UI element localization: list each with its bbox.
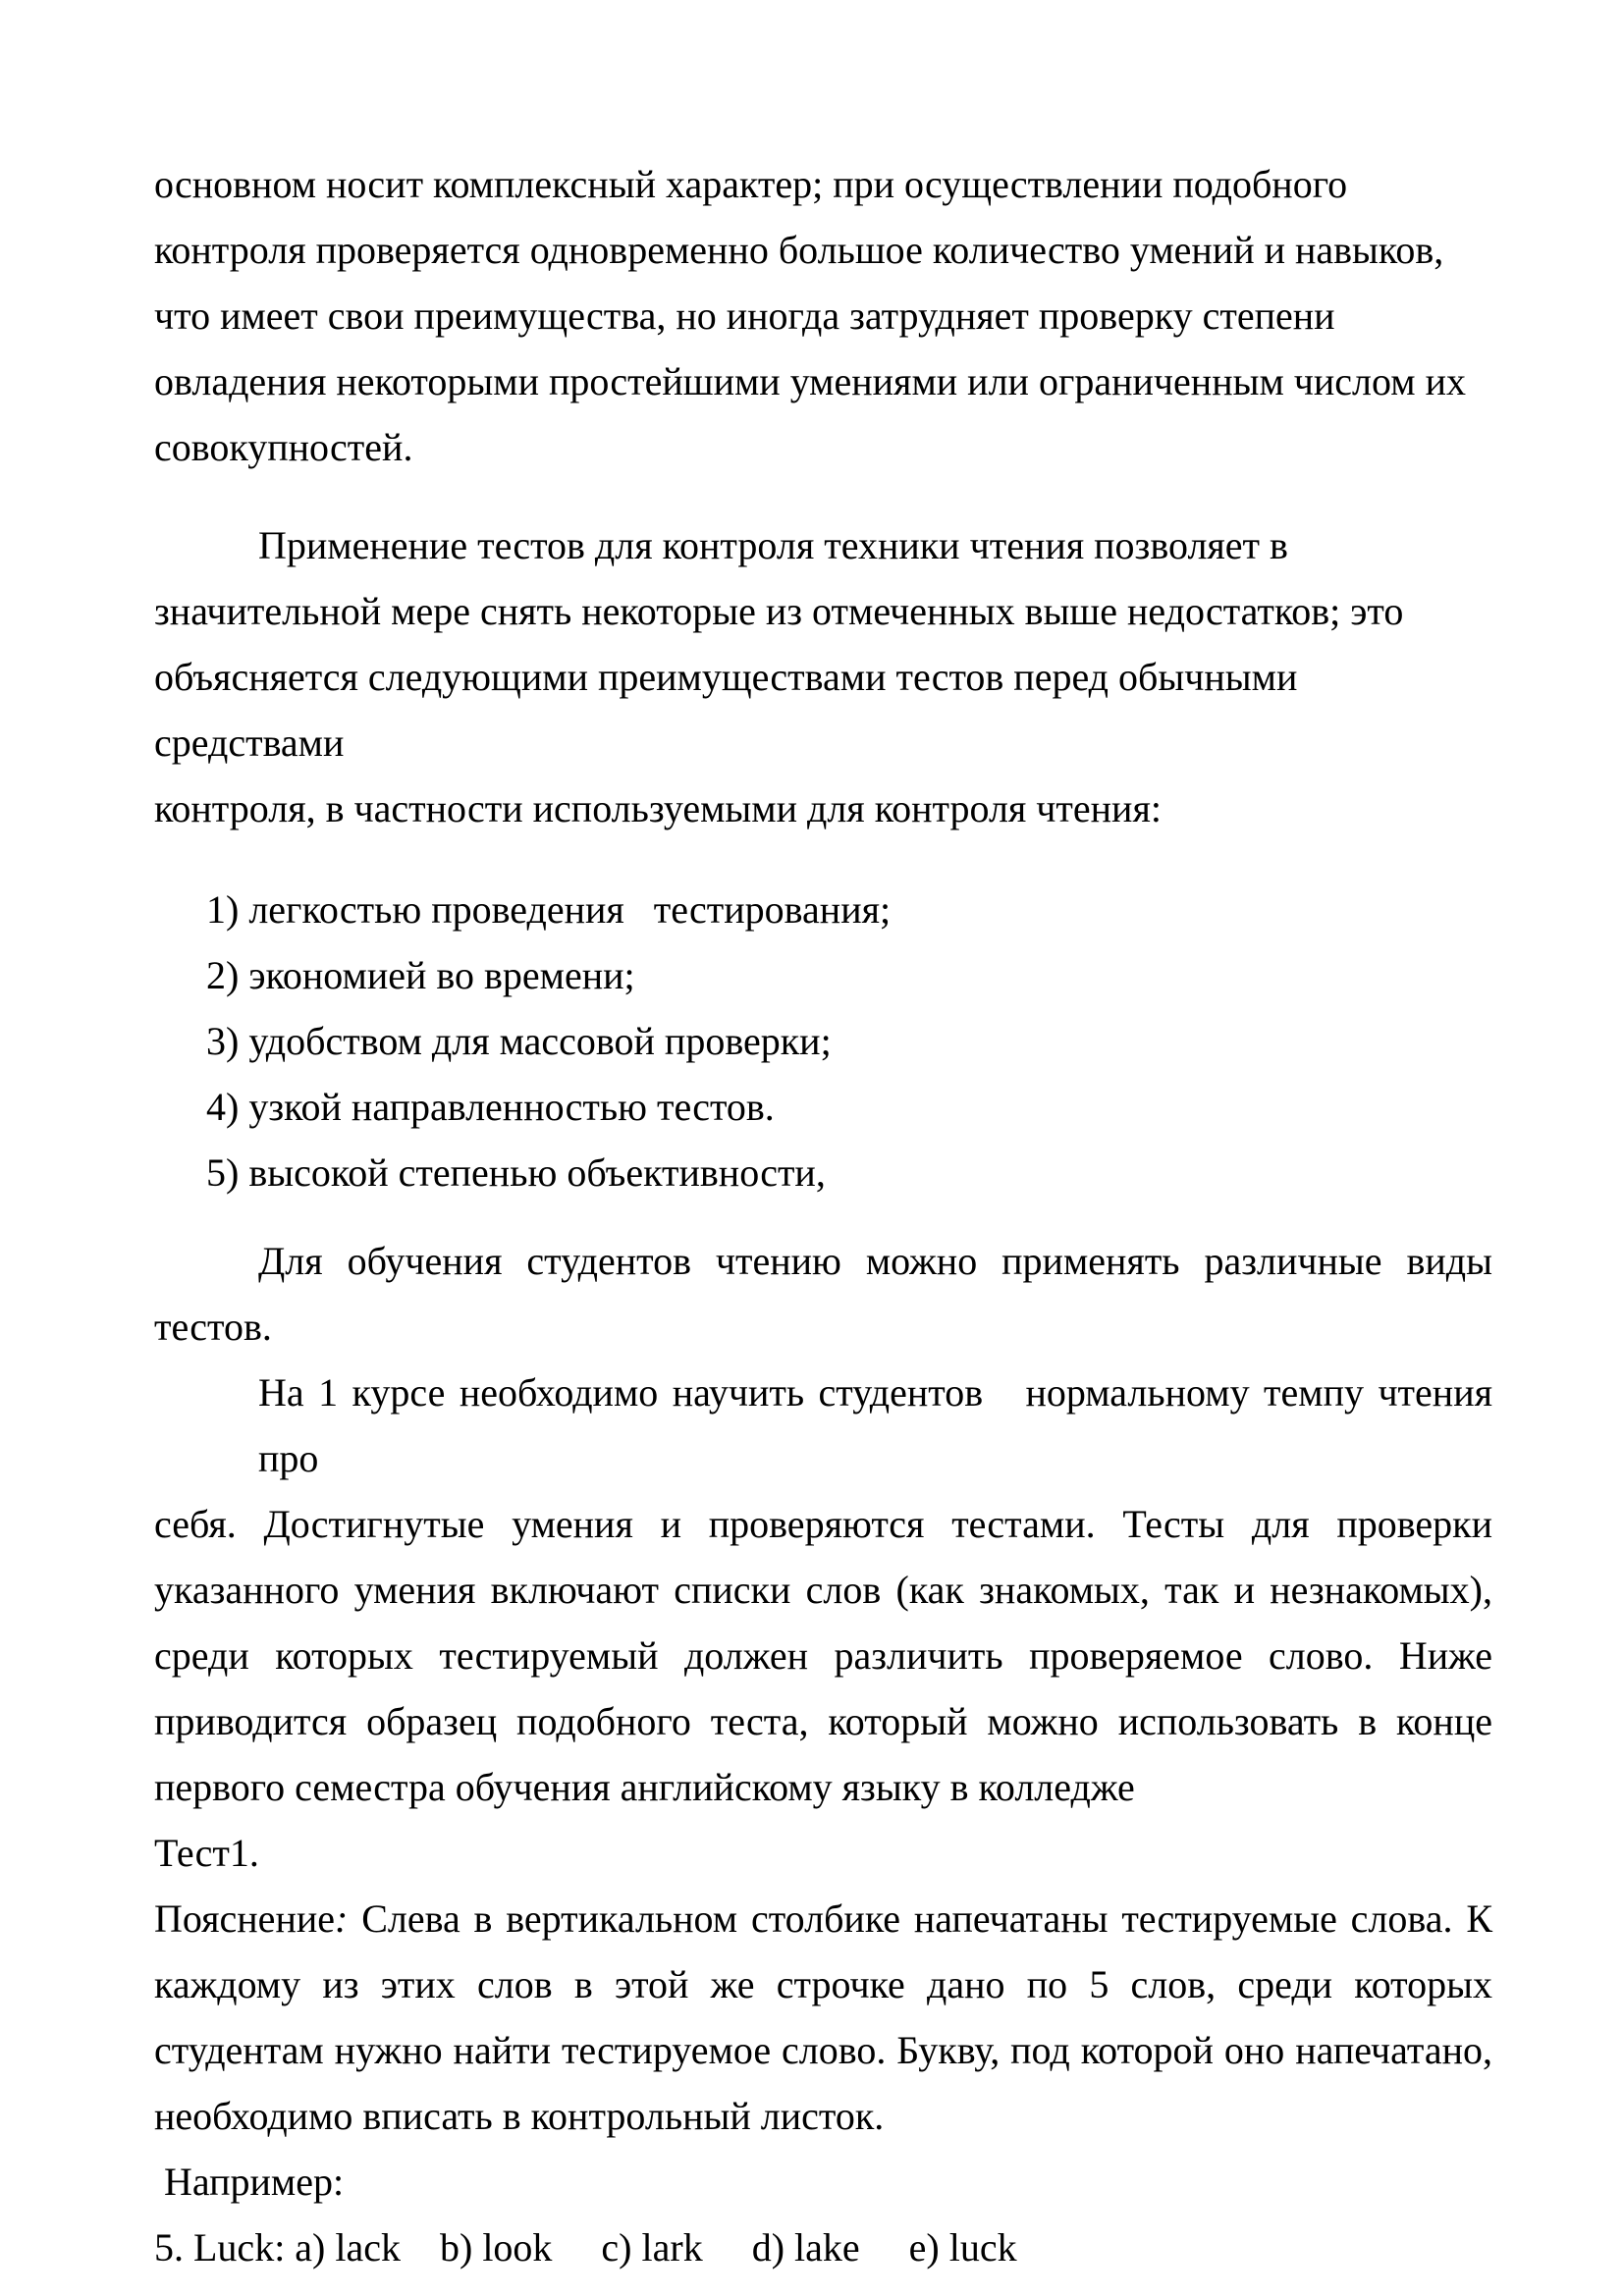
document-page: основном носит комплексный характер; при…	[0, 0, 1623, 2296]
test-heading: Тест1.	[154, 1820, 1492, 1886]
text-line: среди которых тестируемый должен различи…	[154, 1623, 1492, 1688]
example-answer-line: 5. Luck: a) lack b) look c) lark d) lake…	[154, 2215, 1492, 2280]
course-paragraph: На 1 курсе необходимо научить студентов …	[154, 1360, 1492, 1820]
explanation-colon: :	[335, 1896, 348, 1941]
teaching-paragraph: Для обучения студентов чтению можно прим…	[154, 1228, 1492, 1360]
list-item: 4) узкой направленностью тестов.	[154, 1074, 1492, 1140]
list-item: 5) высокой степенью объективности,	[154, 1140, 1492, 1205]
text-line: каждому из этих слов в этой же строчке д…	[154, 1951, 1492, 2017]
text-line: Тест1.	[154, 1820, 1492, 1886]
text-line: указанного умения включают списки слов (…	[154, 1557, 1492, 1623]
text-line: Для обучения студентов чтению можно прим…	[154, 1228, 1492, 1294]
text-line: необходимо вписать в контрольный листок.	[154, 2083, 1492, 2149]
advantages-paragraph: Применение тестов для контроля техники ч…	[154, 512, 1492, 841]
list-item: 1) легкостью проведения тестирования;	[154, 877, 1492, 942]
example-label: Например:	[154, 2149, 1492, 2215]
explanation-label: Пояснение	[154, 1896, 335, 1941]
text-line: первого семестра обучения английскому яз…	[154, 1754, 1492, 1820]
text-line: совокупностей.	[154, 414, 1492, 480]
advantages-list: 1) легкостью проведения тестирования; 2)…	[154, 877, 1492, 1205]
text-line: овладения некоторыми простейшими умениям…	[154, 348, 1492, 414]
text-line: объясняется следующими преимуществами те…	[154, 644, 1492, 775]
explanation-paragraph: Пояснение: Слева в вертикальном столбике…	[154, 1886, 1492, 2149]
text-line: что имеет свои преимущества, но иногда з…	[154, 283, 1492, 348]
text-line: Например:	[154, 2149, 1492, 2215]
text-line: приводится образец подобного теста, кото…	[154, 1688, 1492, 1754]
text-line: значительной мере снять некоторые из отм…	[154, 578, 1492, 644]
text-line: Применение тестов для контроля техники ч…	[154, 512, 1492, 578]
explanation-first-line-rest: Слева в вертикальном столбике напечатаны…	[361, 1896, 1492, 1941]
text-line: основном носит комплексный характер; при…	[154, 151, 1492, 217]
text-line: себя. Достигнутые умения и проверяются т…	[154, 1491, 1492, 1557]
text-line: 5. Luck: a) lack b) look c) lark d) lake…	[154, 2215, 1492, 2280]
text-line: Пояснение: Слева в вертикальном столбике…	[154, 1886, 1492, 1951]
text-line: контроля, в частности используемыми для …	[154, 775, 1492, 841]
intro-paragraph: основном носит комплексный характер; при…	[154, 151, 1492, 480]
text-line: тестов.	[154, 1294, 1492, 1360]
list-item: 3) удобством для массовой проверки;	[154, 1008, 1492, 1074]
text-line: контроля проверяется одновременно большо…	[154, 217, 1492, 283]
text-line: студентам нужно найти тестируемое слово.…	[154, 2017, 1492, 2083]
list-item: 2) экономией во времени;	[154, 942, 1492, 1008]
text-line: На 1 курсе необходимо научить студентов …	[154, 1360, 1492, 1491]
